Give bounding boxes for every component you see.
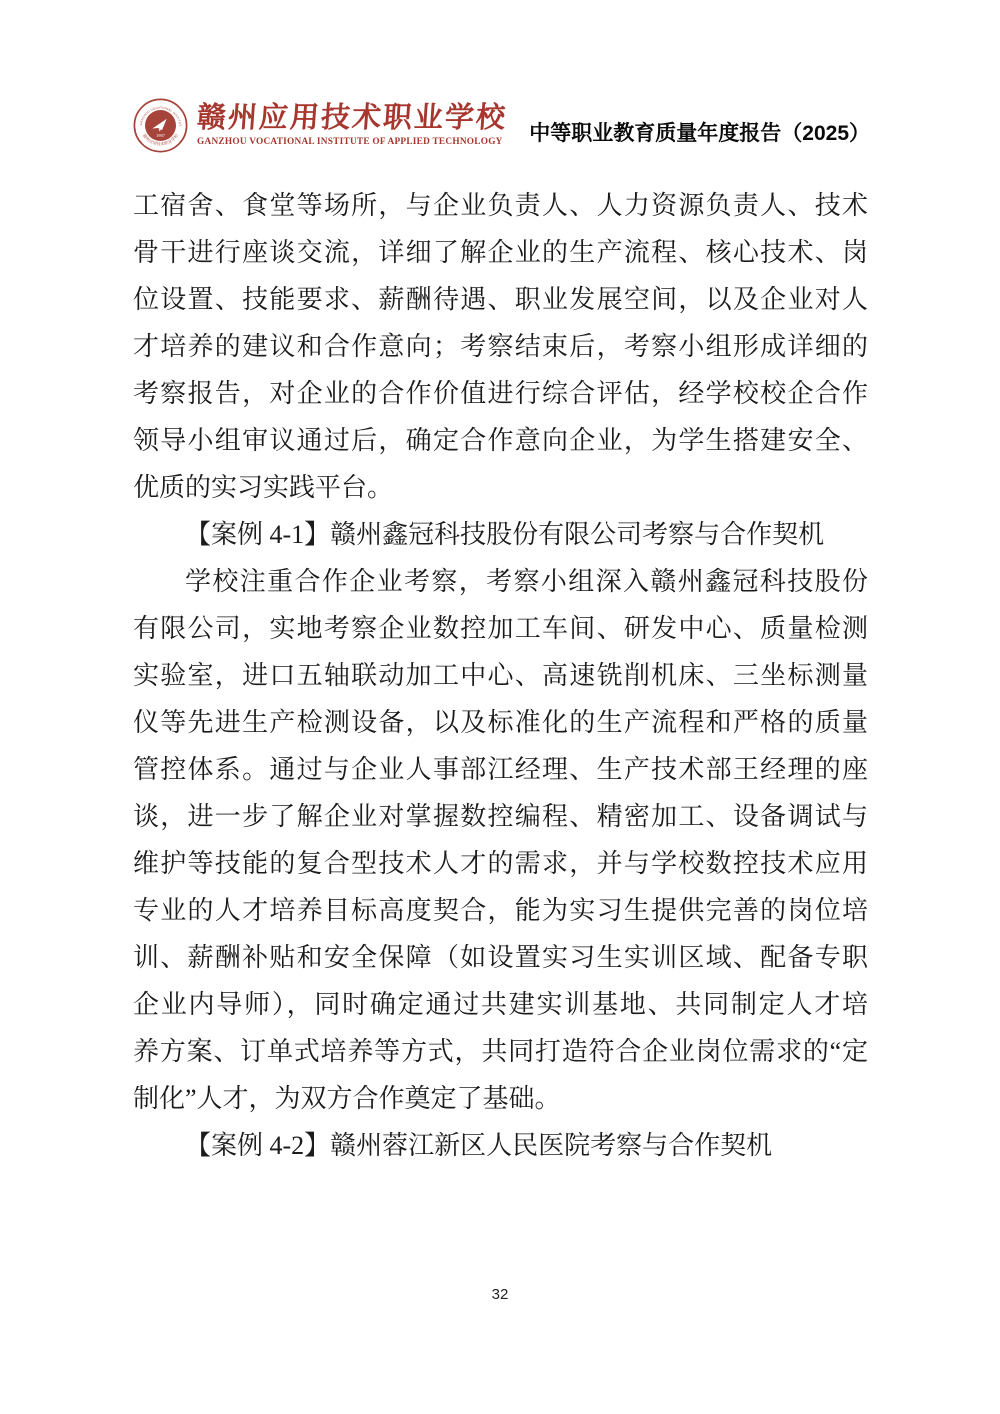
text-line: 训、薪酬补贴和安全保障（如设置实习生实训区域、配备专职 <box>133 934 868 981</box>
text-line: 管控体系。通过与企业人事部江经理、生产技术部王经理的座 <box>133 746 868 793</box>
text-line: 实验室，进口五轴联动加工中心、高速铣削机床、三坐标测量 <box>133 652 868 699</box>
text-line: 工宿舍、食堂等场所，与企业负责人、人力资源负责人、技术 <box>133 182 868 229</box>
text-line: 【案例 4-1】赣州鑫冠科技股份有限公司考察与合作契机 <box>133 511 868 558</box>
page-header: GANZHOU VOCATIONAL INSTITUTE OF APPLIED … <box>133 92 870 158</box>
text-line: 有限公司，实地考察企业数控加工车间、研发中心、质量检测 <box>133 605 868 652</box>
text-line: 制化”人才，为双方合作奠定了基础。 <box>133 1075 868 1122</box>
text-line: 【案例 4-2】赣州蓉江新区人民医院考察与合作契机 <box>133 1122 868 1169</box>
text-line: 骨干进行座谈交流，详细了解企业的生产流程、核心技术、岗 <box>133 229 868 276</box>
school-name-block: 赣州应用技术职业学校 GANZHOU VOCATIONAL INSTITUTE … <box>197 103 507 148</box>
page-footer: 32 <box>0 1286 1000 1304</box>
text-line: 位设置、技能要求、薪酬待遇、职业发展空间，以及企业对人 <box>133 276 868 323</box>
text-line: 谈，进一步了解企业对掌握数控编程、精密加工、设备调试与 <box>133 793 868 840</box>
text-line: 企业内导师），同时确定通过共建实训基地、共同制定人才培 <box>133 981 868 1028</box>
text-line: 优质的实习实践平台。 <box>133 464 868 511</box>
report-title: 中等职业教育质量年度报告（2025） <box>529 103 870 147</box>
school-name-chinese: 赣州应用技术职业学校 <box>196 103 508 135</box>
text-line: 专业的人才培养目标高度契合，能为实习生提供完善的岗位培 <box>133 887 868 934</box>
school-logo-group: GANZHOU VOCATIONAL INSTITUTE OF APPLIED … <box>133 98 507 153</box>
text-line: 仪等先进生产检测设备，以及标准化的生产流程和严格的质量 <box>133 699 868 746</box>
text-line: 学校注重合作企业考察，考察小组深入赣州鑫冠科技股份 <box>133 558 868 605</box>
school-seal-icon: GANZHOU VOCATIONAL INSTITUTE OF APPLIED … <box>133 98 188 153</box>
text-line: 维护等技能的复合型技术人才的需求，并与学校数控技术应用 <box>133 840 868 887</box>
school-name-english: GANZHOU VOCATIONAL INSTITUTE OF APPLIED … <box>197 137 507 147</box>
text-line: 才培养的建议和合作意向；考察结束后，考察小组形成详细的 <box>133 323 868 370</box>
document-body: 工宿舍、食堂等场所，与企业负责人、人力资源负责人、技术骨干进行座谈交流，详细了解… <box>133 182 868 1169</box>
text-line: 养方案、订单式培养等方式，共同打造符合企业岗位需求的“定 <box>133 1028 868 1075</box>
seal-year-text: 1987 <box>156 133 166 138</box>
text-line: 考察报告，对企业的合作价值进行综合评估，经学校校企合作 <box>133 370 868 417</box>
document-page: GANZHOU VOCATIONAL INSTITUTE OF APPLIED … <box>0 0 1000 1414</box>
page-number: 32 <box>492 1286 509 1303</box>
text-line: 领导小组审议通过后，确定合作意向企业，为学生搭建安全、 <box>133 417 868 464</box>
